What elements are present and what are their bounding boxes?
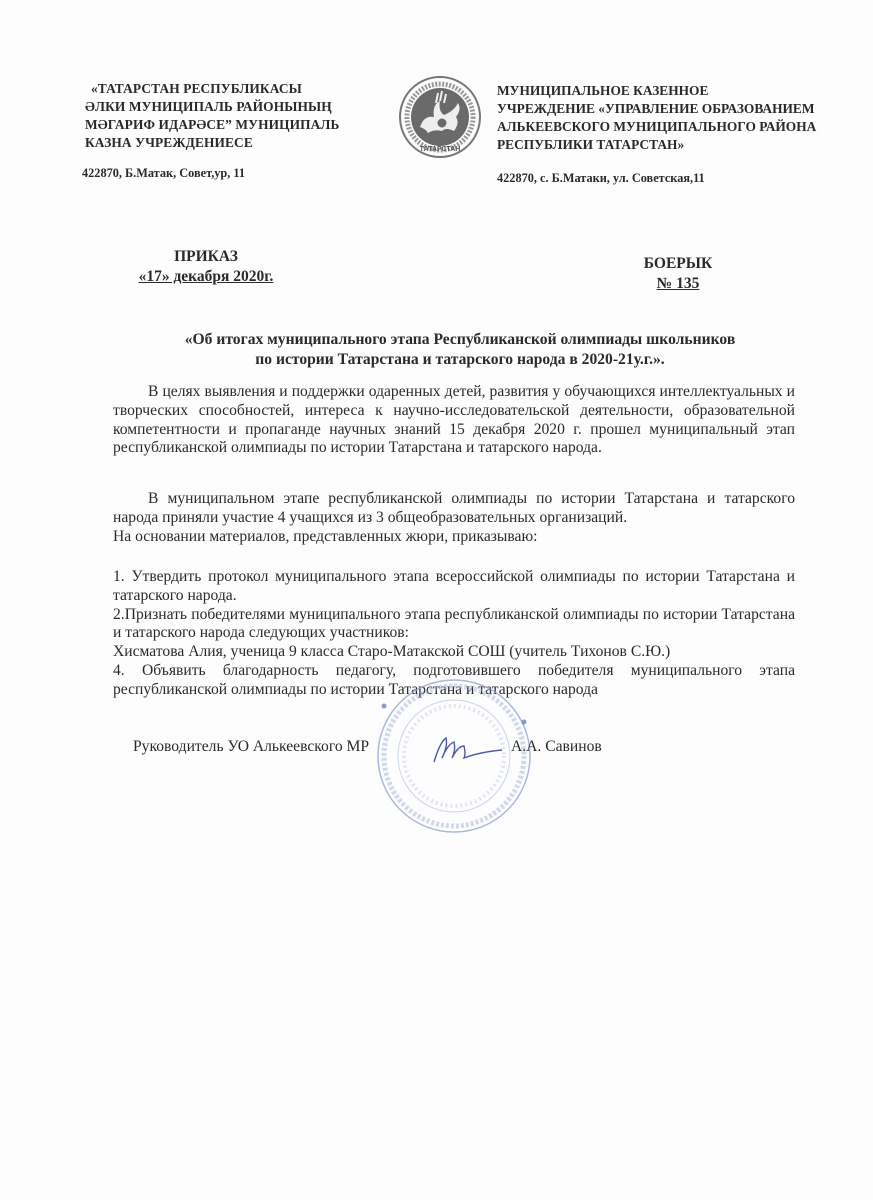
right-address: 422870, с. Б.Матаки, ул. Советская,11 — [497, 171, 705, 186]
left-org-line: ӘЛКИ МУНИЦИПАЛЬ РАЙОНЫНЫҢ — [85, 98, 385, 116]
order-heading-ru: ПРИКАЗ «17» декабря 2020г. — [122, 247, 290, 287]
order-number: № 135 — [628, 274, 728, 294]
order-item-1: 1. Утвердить протокол муниципального эта… — [113, 568, 795, 606]
document-title: «Об итогах муниципального этапа Республи… — [130, 330, 790, 370]
paragraph-3: На основании материалов, представленных … — [113, 528, 795, 547]
right-org-line: РЕСПУБЛИКИ ТАТАРСТАН» — [497, 136, 837, 154]
left-org-header: «ТАТАРСТАН РЕСПУБЛИКАСЫ ӘЛКИ МУНИЦИПАЛЬ … — [85, 80, 385, 152]
signer-name: А.А. Савинов — [511, 738, 602, 756]
order-type-ru: ПРИКАЗ — [122, 247, 290, 267]
left-org-line: КАЗНА УЧРЕЖДЕНИЕСЕ — [85, 134, 385, 152]
order-heading-tt: БОЕРЫК № 135 — [628, 254, 728, 294]
right-org-line: МУНИЦИПАЛЬНОЕ КАЗЕННОЕ — [497, 82, 837, 100]
tatarstan-emblem-icon: ТАТАРСТАН — [398, 75, 482, 159]
left-address: 422870, Б.Матак, Совет,ур, 11 — [82, 166, 245, 181]
signer-position: Руководитель УО Алькеевского МР — [133, 738, 369, 756]
title-line: по истории Татарстана и татарского народ… — [130, 350, 790, 370]
body-section-intro: В целях выявления и поддержки одаренных … — [113, 383, 795, 458]
winner-entry: Хисматова Алия, ученица 9 класса Старо-М… — [113, 643, 795, 662]
svg-text:ТАТАРСТАН: ТАТАРСТАН — [420, 146, 461, 153]
order-item-2: 2.Признать победителями муниципального э… — [113, 606, 795, 644]
left-org-line: «ТАТАРСТАН РЕСПУБЛИКАСЫ — [85, 80, 385, 98]
title-line: «Об итогах муниципального этапа Республи… — [130, 330, 790, 350]
left-org-line: МӘГАРИФ ИДАРӘСЕ” МУНИЦИПАЛЬ — [85, 116, 385, 134]
right-org-line: УЧРЕЖДЕНИЕ «УПРАВЛЕНИЕ ОБРАЗОВАНИЕМ — [497, 100, 837, 118]
paragraph-2: В муниципальном этапе республиканской ол… — [113, 490, 795, 528]
right-org-header: МУНИЦИПАЛЬНОЕ КАЗЕННОЕ УЧРЕЖДЕНИЕ «УПРАВ… — [497, 82, 837, 154]
order-date: «17» декабря 2020г. — [122, 267, 290, 287]
order-type-tt: БОЕРЫК — [628, 254, 728, 274]
paragraph-1: В целях выявления и поддержки одаренных … — [113, 383, 795, 458]
right-org-line: АЛЬКЕЕВСКОГО МУНИЦИПАЛЬНОГО РАЙОНА — [497, 118, 837, 136]
handwritten-signature — [430, 732, 505, 767]
body-section-participation: В муниципальном этапе республиканской ол… — [113, 490, 795, 546]
